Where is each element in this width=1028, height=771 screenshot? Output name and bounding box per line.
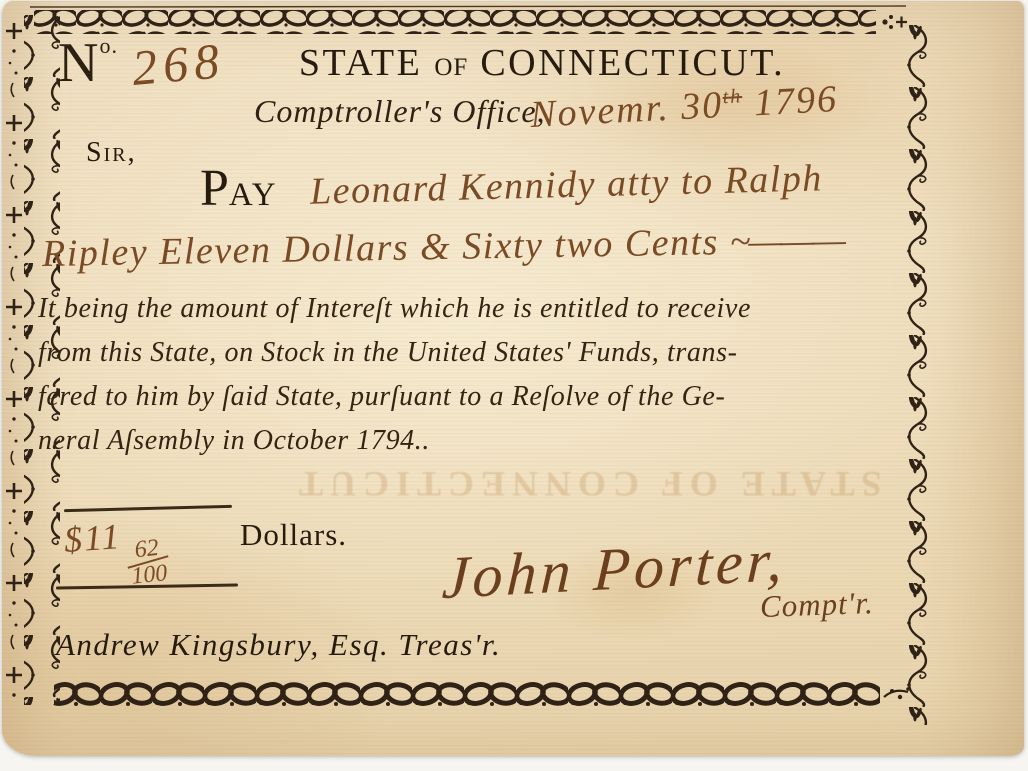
amount-fraction: 62100	[125, 536, 172, 588]
comptroller-title: Compt'r.	[759, 585, 874, 625]
printed-body-line: from this State, on Stock in the United …	[38, 331, 751, 375]
pay-rest-letters: AY	[229, 177, 278, 213]
handwritten-flourish: ~———	[730, 219, 845, 263]
title-state: STATE	[299, 42, 422, 84]
printed-body-line: neral Aſsembly in October 1794..	[38, 419, 751, 463]
title-of: OF	[434, 54, 468, 81]
treasurer-line: Andrew Kingsbury, Esq. Treas'r.	[56, 627, 501, 663]
comptroller-signature: John Porter,	[440, 526, 788, 613]
amount-top-rule	[64, 505, 232, 512]
pay-initial-letter: P	[200, 160, 229, 217]
handwritten-date: Novemr. 30th 1796	[529, 77, 839, 137]
printed-body-line: It being the amount of Intereſt which he…	[38, 287, 751, 331]
date-main: Novemr. 30	[529, 84, 724, 136]
page-title: STATE OF CONNECTICUT.	[292, 41, 792, 85]
printed-body-line: fered to him by ſaid State, purſuant to …	[38, 375, 751, 419]
payee-handwritten-line1: Leonard Kennidy atty to Ralph	[310, 156, 824, 213]
scanned-document-page: STATE OF CONNECTICUT No.268 STATE OF CON…	[0, 0, 1028, 771]
number-ordinal: o.	[99, 33, 118, 58]
bleedthrough-ghost-text: STATE OF CONNECTICUT	[292, 463, 881, 505]
payee-handwritten-line2: Ripley Eleven Dollars & Sixty two Cents …	[42, 218, 845, 276]
date-superscript: th	[722, 85, 743, 108]
payee-line2-text: Ripley Eleven Dollars & Sixty two Cents	[42, 221, 720, 275]
pay-label: PAY	[200, 159, 278, 218]
title-connecticut: CONNECTICUT.	[480, 42, 785, 84]
document-number: No.268	[58, 31, 225, 95]
number-prefix: N	[58, 32, 99, 94]
handwritten-amount: $1162100	[64, 517, 169, 586]
bottom-border-rope-ornament	[48, 679, 920, 713]
date-year: 1796	[753, 78, 839, 124]
number-value-handwritten: 268	[130, 31, 228, 97]
right-border-vine-ornament	[898, 25, 936, 725]
bottom-right-finial	[884, 687, 910, 699]
printed-body: It being the amount of Intereſt which he…	[38, 287, 751, 463]
office-label: Comptroller's Office,	[254, 93, 546, 130]
salutation: Sir,	[86, 137, 137, 169]
dollars-label: Dollars.	[240, 517, 347, 553]
amount-dollars: $11	[63, 515, 123, 561]
aged-paper: STATE OF CONNECTICUT No.268 STATE OF CON…	[2, 1, 1024, 756]
